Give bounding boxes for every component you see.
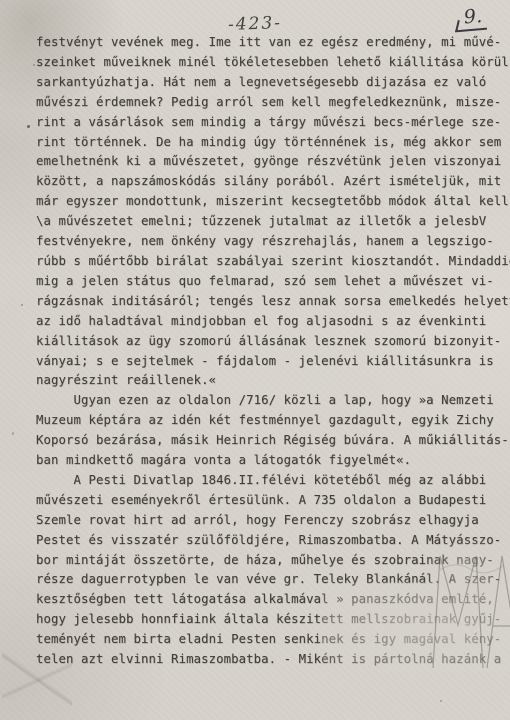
- text-line: kesztőségben tett látogatása alkalmával …: [36, 590, 496, 610]
- text-line: \a művészetet emelni; tűzzenek jutalmat …: [36, 212, 496, 232]
- text-line: rint a vásárlások sem mindig a tárgy műv…: [36, 113, 496, 133]
- text-line: rint történnek. De ha mindig úgy történn…: [36, 133, 496, 153]
- text-line: festvényekre, nem önkény vagy részrehajl…: [36, 232, 496, 252]
- text-line: nagyrészint reáillenek.«: [36, 371, 496, 391]
- text-line: az idő haladtával mindjobban el fog alja…: [36, 312, 496, 332]
- text-line: között, a napszámoskódás silány porából.…: [36, 172, 496, 192]
- text-line: kiállitások az ügy szomorú állásának les…: [36, 332, 496, 352]
- text-line: bor mintáját összetörte, de háza, műhely…: [36, 551, 496, 571]
- corner-number-text: 9.: [463, 5, 483, 28]
- text-line: Pestet és visszatér szülőföldjére, Rimas…: [36, 531, 496, 551]
- scan-speck: [27, 125, 30, 128]
- text-line: művészi érdemnek? Pedig arról sem kell m…: [36, 93, 496, 113]
- text-line: emelhetnénk ki a művészetet, gyönge rész…: [36, 152, 496, 172]
- text-line: rúbb s műértőbb birálat szabályai szerin…: [36, 252, 496, 272]
- scan-speck: [33, 64, 35, 66]
- text-line: része daguerrotypben le van véve gr. Tel…: [36, 570, 496, 590]
- text-line: Muzeum képtára az idén két festménnyel g…: [36, 411, 496, 431]
- typewritten-text-block: festvényt vevének meg. Ime itt van ez eg…: [36, 33, 496, 670]
- text-line: ban mindkettő magára vonta a látogatók f…: [36, 451, 496, 471]
- text-line: A Pesti Divatlap 1846.II.félévi kötetébő…: [36, 471, 496, 491]
- text-line: ványai; s e sejtelmek - fájdalom - jelen…: [36, 352, 496, 372]
- text-line: mig a jelen státus quo felmarad, szó sem…: [36, 272, 496, 292]
- scan-speck: [12, 432, 14, 435]
- text-line: Szemle rovat hirt ad arról, hogy Ferencz…: [36, 511, 496, 531]
- scan-speck: [440, 700, 442, 702]
- text-line: szeinket műveiknek minél tökéletesebben …: [36, 53, 496, 73]
- text-line: sarkantyúzhatja. Hát nem a legnevetséges…: [36, 73, 496, 93]
- text-line: művészeti eseményekről értesülünk. A 735…: [36, 491, 496, 511]
- page-corner-number: 9.: [453, 5, 487, 33]
- text-line: már egyszer mondottunk, miszerint kecseg…: [36, 192, 496, 212]
- scan-speck: [21, 304, 23, 306]
- text-line: hogy jelesebb honnfiaink általa készitet…: [36, 610, 496, 630]
- text-line: telen azt elvinni Rimaszombatba. - Mikén…: [36, 650, 496, 670]
- text-line: Ugyan ezen az oldalon /716/ közli a lap,…: [36, 391, 496, 411]
- document-page: -423- 9. festvényt vevének meg. Ime itt …: [0, 0, 510, 720]
- text-line: rágzásnak inditásáról; tengés lesz annak…: [36, 292, 496, 312]
- text-line: Koporsó bezárása, másik Heinrich Régiség…: [36, 431, 496, 451]
- text-line: festvényt vevének meg. Ime itt van ez eg…: [36, 33, 496, 53]
- text-line: teményét nem birta eladni Pesten senkine…: [36, 630, 496, 650]
